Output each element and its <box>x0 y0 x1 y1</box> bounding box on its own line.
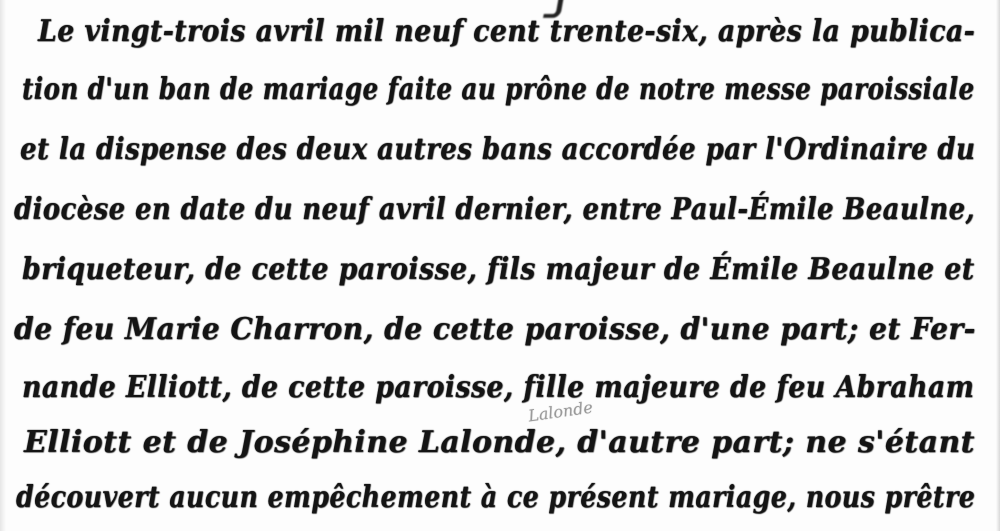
handwritten-line-9: découvert aucun empêchement à ce présent… <box>16 480 975 515</box>
handwritten-line-7: nande Elliott, de cette paroisse, fille … <box>22 370 974 405</box>
page-right-edge <box>996 0 1000 531</box>
handwritten-line-2: tion d'un ban de mariage faite au prône … <box>22 72 975 107</box>
handwritten-line-6: de feu Marie Charron, de cette paroisse,… <box>14 312 976 347</box>
handwritten-line-4: diocèse en date du neuf avril dernier, e… <box>14 192 975 227</box>
register-page: Le vingt-trois avril mil neuf cent trent… <box>0 0 1000 531</box>
handwritten-line-1: Le vingt-trois avril mil neuf cent trent… <box>38 14 975 49</box>
page-left-edge <box>0 0 6 531</box>
handwritten-line-3: et la dispense des deux autres bans acco… <box>20 132 975 167</box>
handwritten-line-8: Elliott et de Joséphine Lalonde, d'autre… <box>24 425 975 460</box>
handwritten-line-5: briqueteur, de cette paroisse, fils maje… <box>22 252 975 287</box>
